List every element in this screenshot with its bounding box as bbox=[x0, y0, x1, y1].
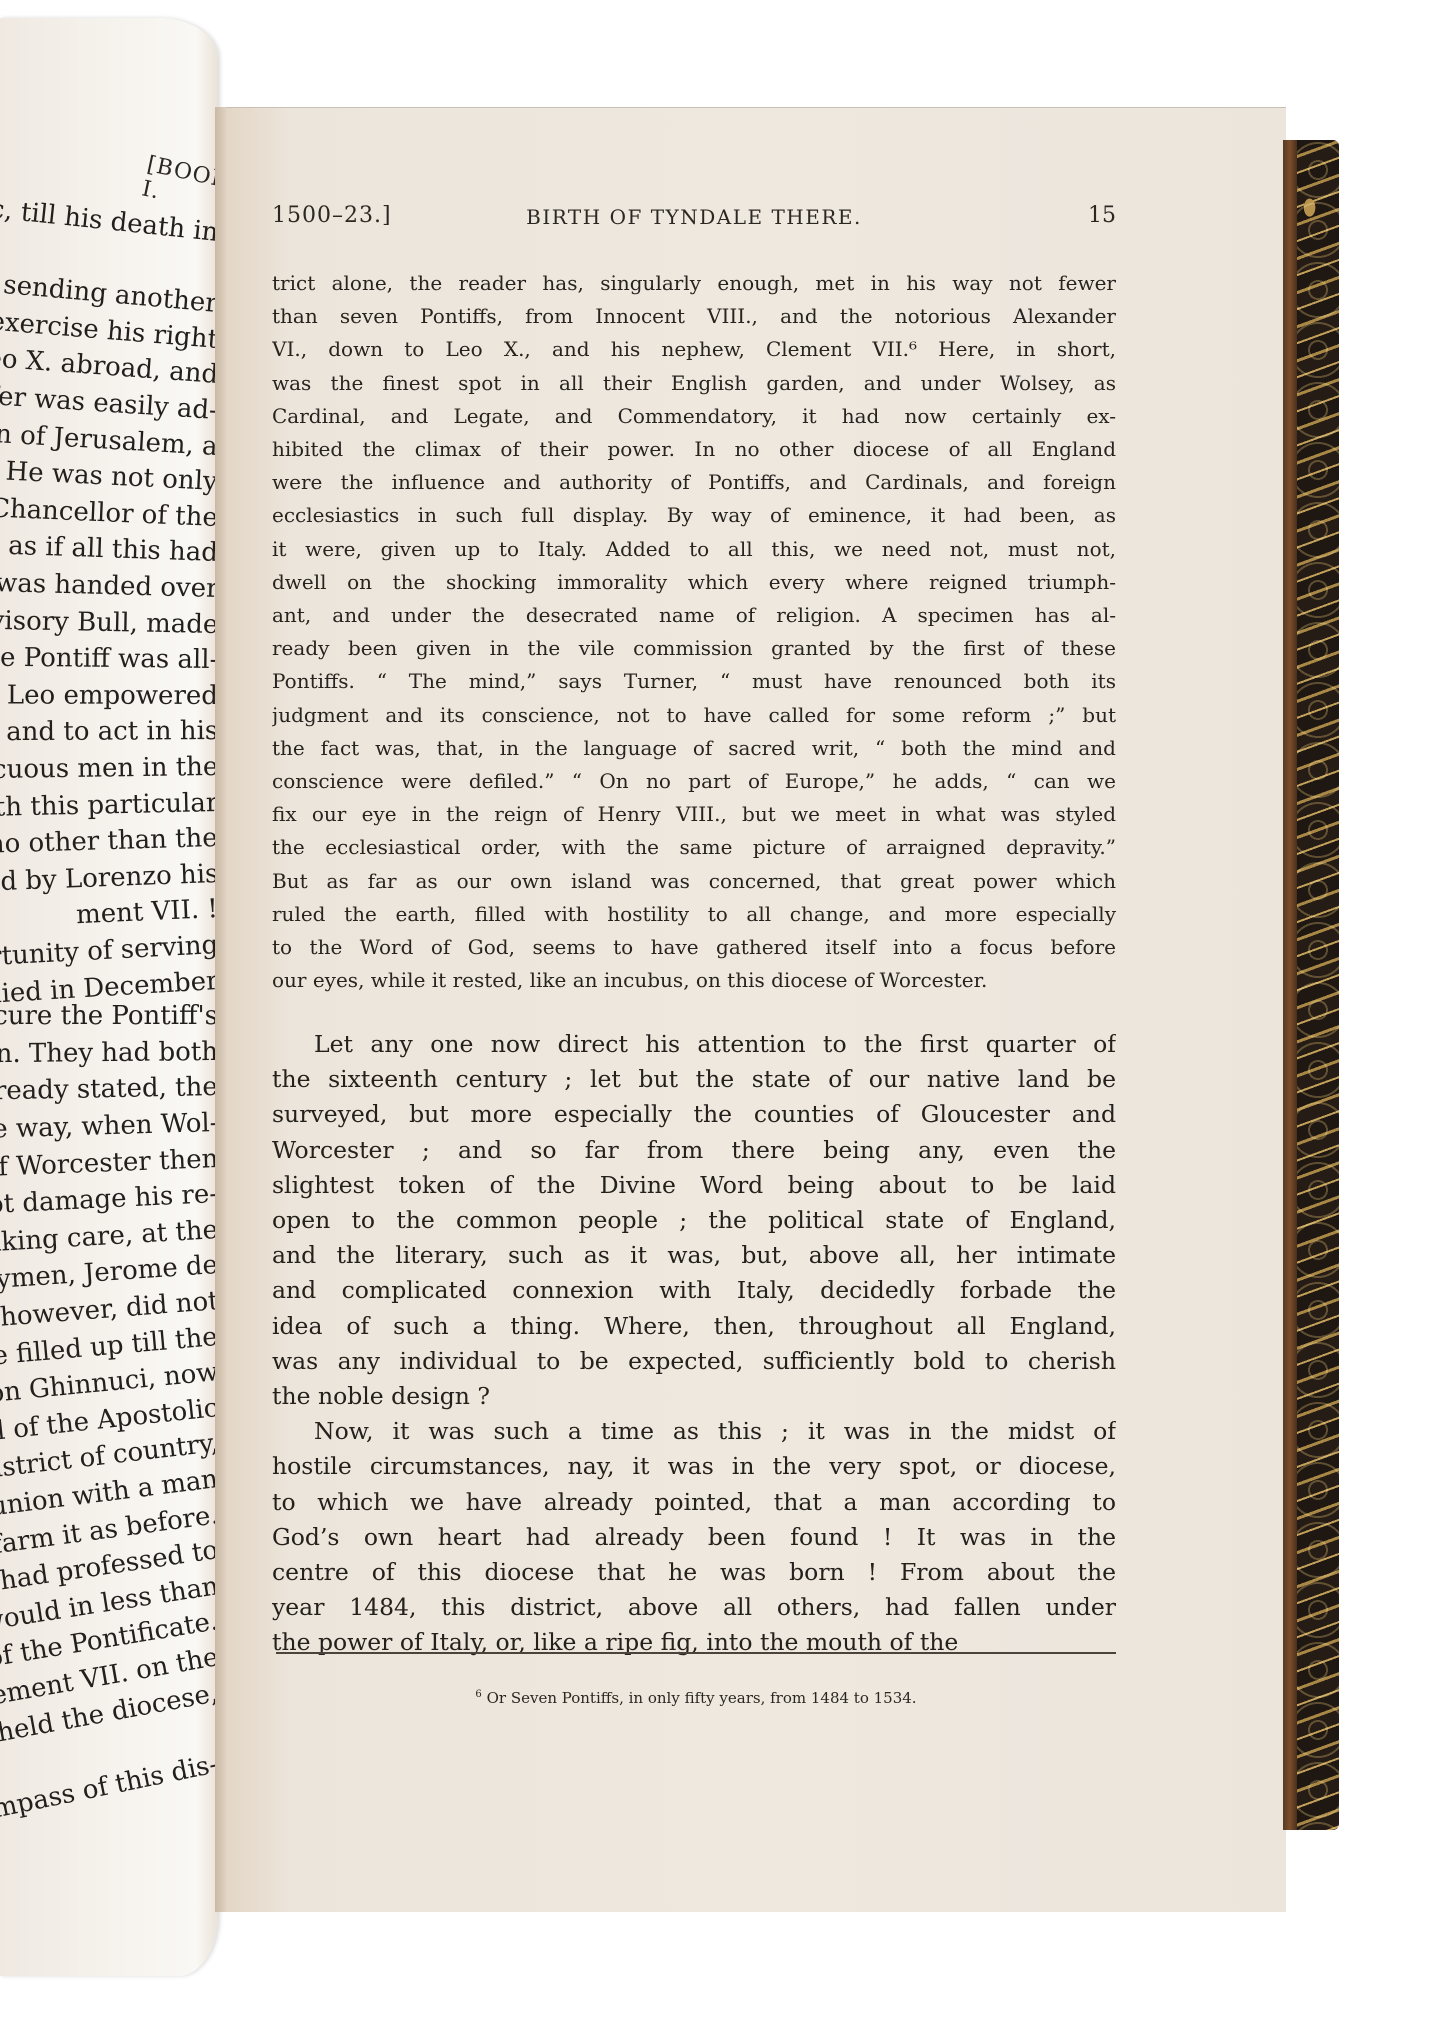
text-line: and the literary, such as it was, but, a… bbox=[272, 1238, 1116, 1273]
left-text-line: not damage his re- bbox=[0, 1179, 218, 1221]
text-line: hostile circumstances, nay, it was in th… bbox=[272, 1449, 1116, 1484]
paragraph-1: trict alone, the reader has, singularly … bbox=[272, 267, 1116, 997]
left-text-line: vas no other than the bbox=[0, 823, 218, 861]
text-line: Let any one now direct his attention to … bbox=[272, 1027, 1116, 1062]
footnote-rule bbox=[276, 1652, 1116, 1654]
left-text-line: on. They had both bbox=[0, 1037, 218, 1069]
text-line: ready been given in the vile commission … bbox=[272, 632, 1116, 665]
left-text-line: f the Pontiff was all- bbox=[0, 642, 218, 675]
text-line: Cardinal, and Legate, and Commendatory, … bbox=[272, 400, 1116, 433]
text-line: the ecclesiastical order, with the same … bbox=[272, 831, 1116, 864]
text-line: Worcester ; and so far from there being … bbox=[272, 1133, 1116, 1168]
text-line: our eyes, while it rested, like an incub… bbox=[272, 964, 1116, 997]
text-line: were the influence and authority of Pont… bbox=[272, 466, 1116, 499]
text-line: surveyed, but more especially the counti… bbox=[272, 1097, 1116, 1132]
left-text-line: as already stated, the bbox=[0, 1072, 218, 1107]
text-line: was the finest spot in all their English… bbox=[272, 367, 1116, 400]
text-line: idea of such a thing. Where, then, throu… bbox=[272, 1309, 1116, 1344]
paragraph-3: Now, it was such a time as this ; it was… bbox=[272, 1414, 1116, 1660]
left-text-line: op of Worcester then bbox=[0, 1144, 218, 1185]
footnote: 6 Or Seven Pontiffs, in only fifty years… bbox=[226, 1689, 1166, 1707]
text-line: was any individual to be expected, suffi… bbox=[272, 1344, 1116, 1379]
left-text-line: the Chancellor of the bbox=[0, 491, 218, 533]
text-line: slightest token of the Divine Word being… bbox=[272, 1168, 1116, 1203]
text-line: VI., down to Leo X., and his nephew, Cle… bbox=[272, 333, 1116, 366]
paragraphs-2-3: Let any one now direct his attention to … bbox=[272, 1027, 1116, 1661]
left-text-line: acy was handed over bbox=[0, 567, 218, 604]
text-line: ecclesiastics in such full display. By w… bbox=[272, 499, 1116, 532]
left-text-line: the way, when Wol- bbox=[0, 1108, 218, 1145]
text-line: and complicated connexion with Italy, de… bbox=[272, 1273, 1116, 1308]
left-text-line: day, Leo empowered bbox=[0, 680, 218, 711]
left-text-line: al. He was not only bbox=[0, 455, 218, 498]
gilt-cover-decoration bbox=[1297, 140, 1339, 1830]
left-text-line: compass of this dis- bbox=[0, 1749, 218, 1830]
left-text-line: and as if all this had bbox=[0, 529, 218, 568]
text-line: dwell on the shocking immorality which e… bbox=[272, 566, 1116, 599]
footnote-marker: 6 bbox=[475, 1689, 481, 1700]
cover-board-edge bbox=[1283, 140, 1297, 1830]
left-text-line: m, and to act in his bbox=[0, 716, 218, 747]
footnote-text: Or Seven Pontiffs, in only fifty years, … bbox=[487, 1689, 917, 1707]
text-line: Pontiffs. “ The mind,” says Turner, “ mu… bbox=[272, 665, 1116, 698]
text-line: than seven Pontiffs, from Innocent VIII.… bbox=[272, 300, 1116, 333]
text-line: But as far as our own island was concern… bbox=[272, 865, 1116, 898]
left-text-line: nspicuous men in the bbox=[0, 752, 218, 786]
text-line: the sixteenth century ; let but the stat… bbox=[272, 1062, 1116, 1097]
text-line: the noble design ? bbox=[272, 1379, 1116, 1414]
text-line: centre of this diocese that he was born … bbox=[272, 1555, 1116, 1590]
text-line: it were, given up to Italy. Added to all… bbox=[272, 533, 1116, 566]
left-text-line: procure the Pontiff's bbox=[0, 1001, 218, 1031]
left-text-line: ct with this particular bbox=[0, 788, 218, 824]
text-line: to which we have already pointed, that a… bbox=[272, 1485, 1116, 1520]
right-page: 1500–23.] BIRTH OF TYNDALE THERE. 15 tri… bbox=[226, 107, 1286, 1912]
text-line: trict alone, the reader has, singularly … bbox=[272, 267, 1116, 300]
text-line: open to the common people ; the politica… bbox=[272, 1203, 1116, 1238]
left-text-line: ated by Lorenzo his bbox=[0, 859, 218, 898]
text-line: ant, and under the desecrated name of re… bbox=[272, 599, 1116, 632]
text-line: fix our eye in the reign of Henry VIII.,… bbox=[272, 798, 1116, 831]
text-line: to the Word of God, seems to have gather… bbox=[272, 931, 1116, 964]
text-line: God’s own heart had already been found !… bbox=[272, 1520, 1116, 1555]
text-line: conscience were defiled.” “ On no part o… bbox=[272, 765, 1116, 798]
left-running-head: [BOOK I. bbox=[140, 152, 217, 215]
header-title: BIRTH OF TYNDALE THERE. bbox=[272, 205, 1116, 229]
running-header: 1500–23.] BIRTH OF TYNDALE THERE. 15 bbox=[272, 203, 1116, 233]
paragraph-2: Let any one now direct his attention to … bbox=[272, 1027, 1116, 1414]
text-line: the power of Italy, or, like a ripe fig,… bbox=[272, 1625, 1116, 1660]
text-line: the fact was, that, in the language of s… bbox=[272, 732, 1116, 765]
left-text-line: ment VII. ! bbox=[76, 894, 218, 930]
text-line: Now, it was such a time as this ; it was… bbox=[272, 1414, 1116, 1449]
left-text-line: provisory Bull, made bbox=[0, 605, 218, 640]
text-line: judgment and its conscience, not to have… bbox=[272, 699, 1116, 732]
text-line: year 1484, this district, above all othe… bbox=[272, 1590, 1116, 1625]
text-line: hibited the climax of their power. In no… bbox=[272, 433, 1116, 466]
text-line: ruled the earth, filled with hostility t… bbox=[272, 898, 1116, 931]
left-page: [BOOK I. ric, till his death inon for se… bbox=[0, 18, 218, 1976]
page-number: 15 bbox=[1088, 203, 1116, 228]
